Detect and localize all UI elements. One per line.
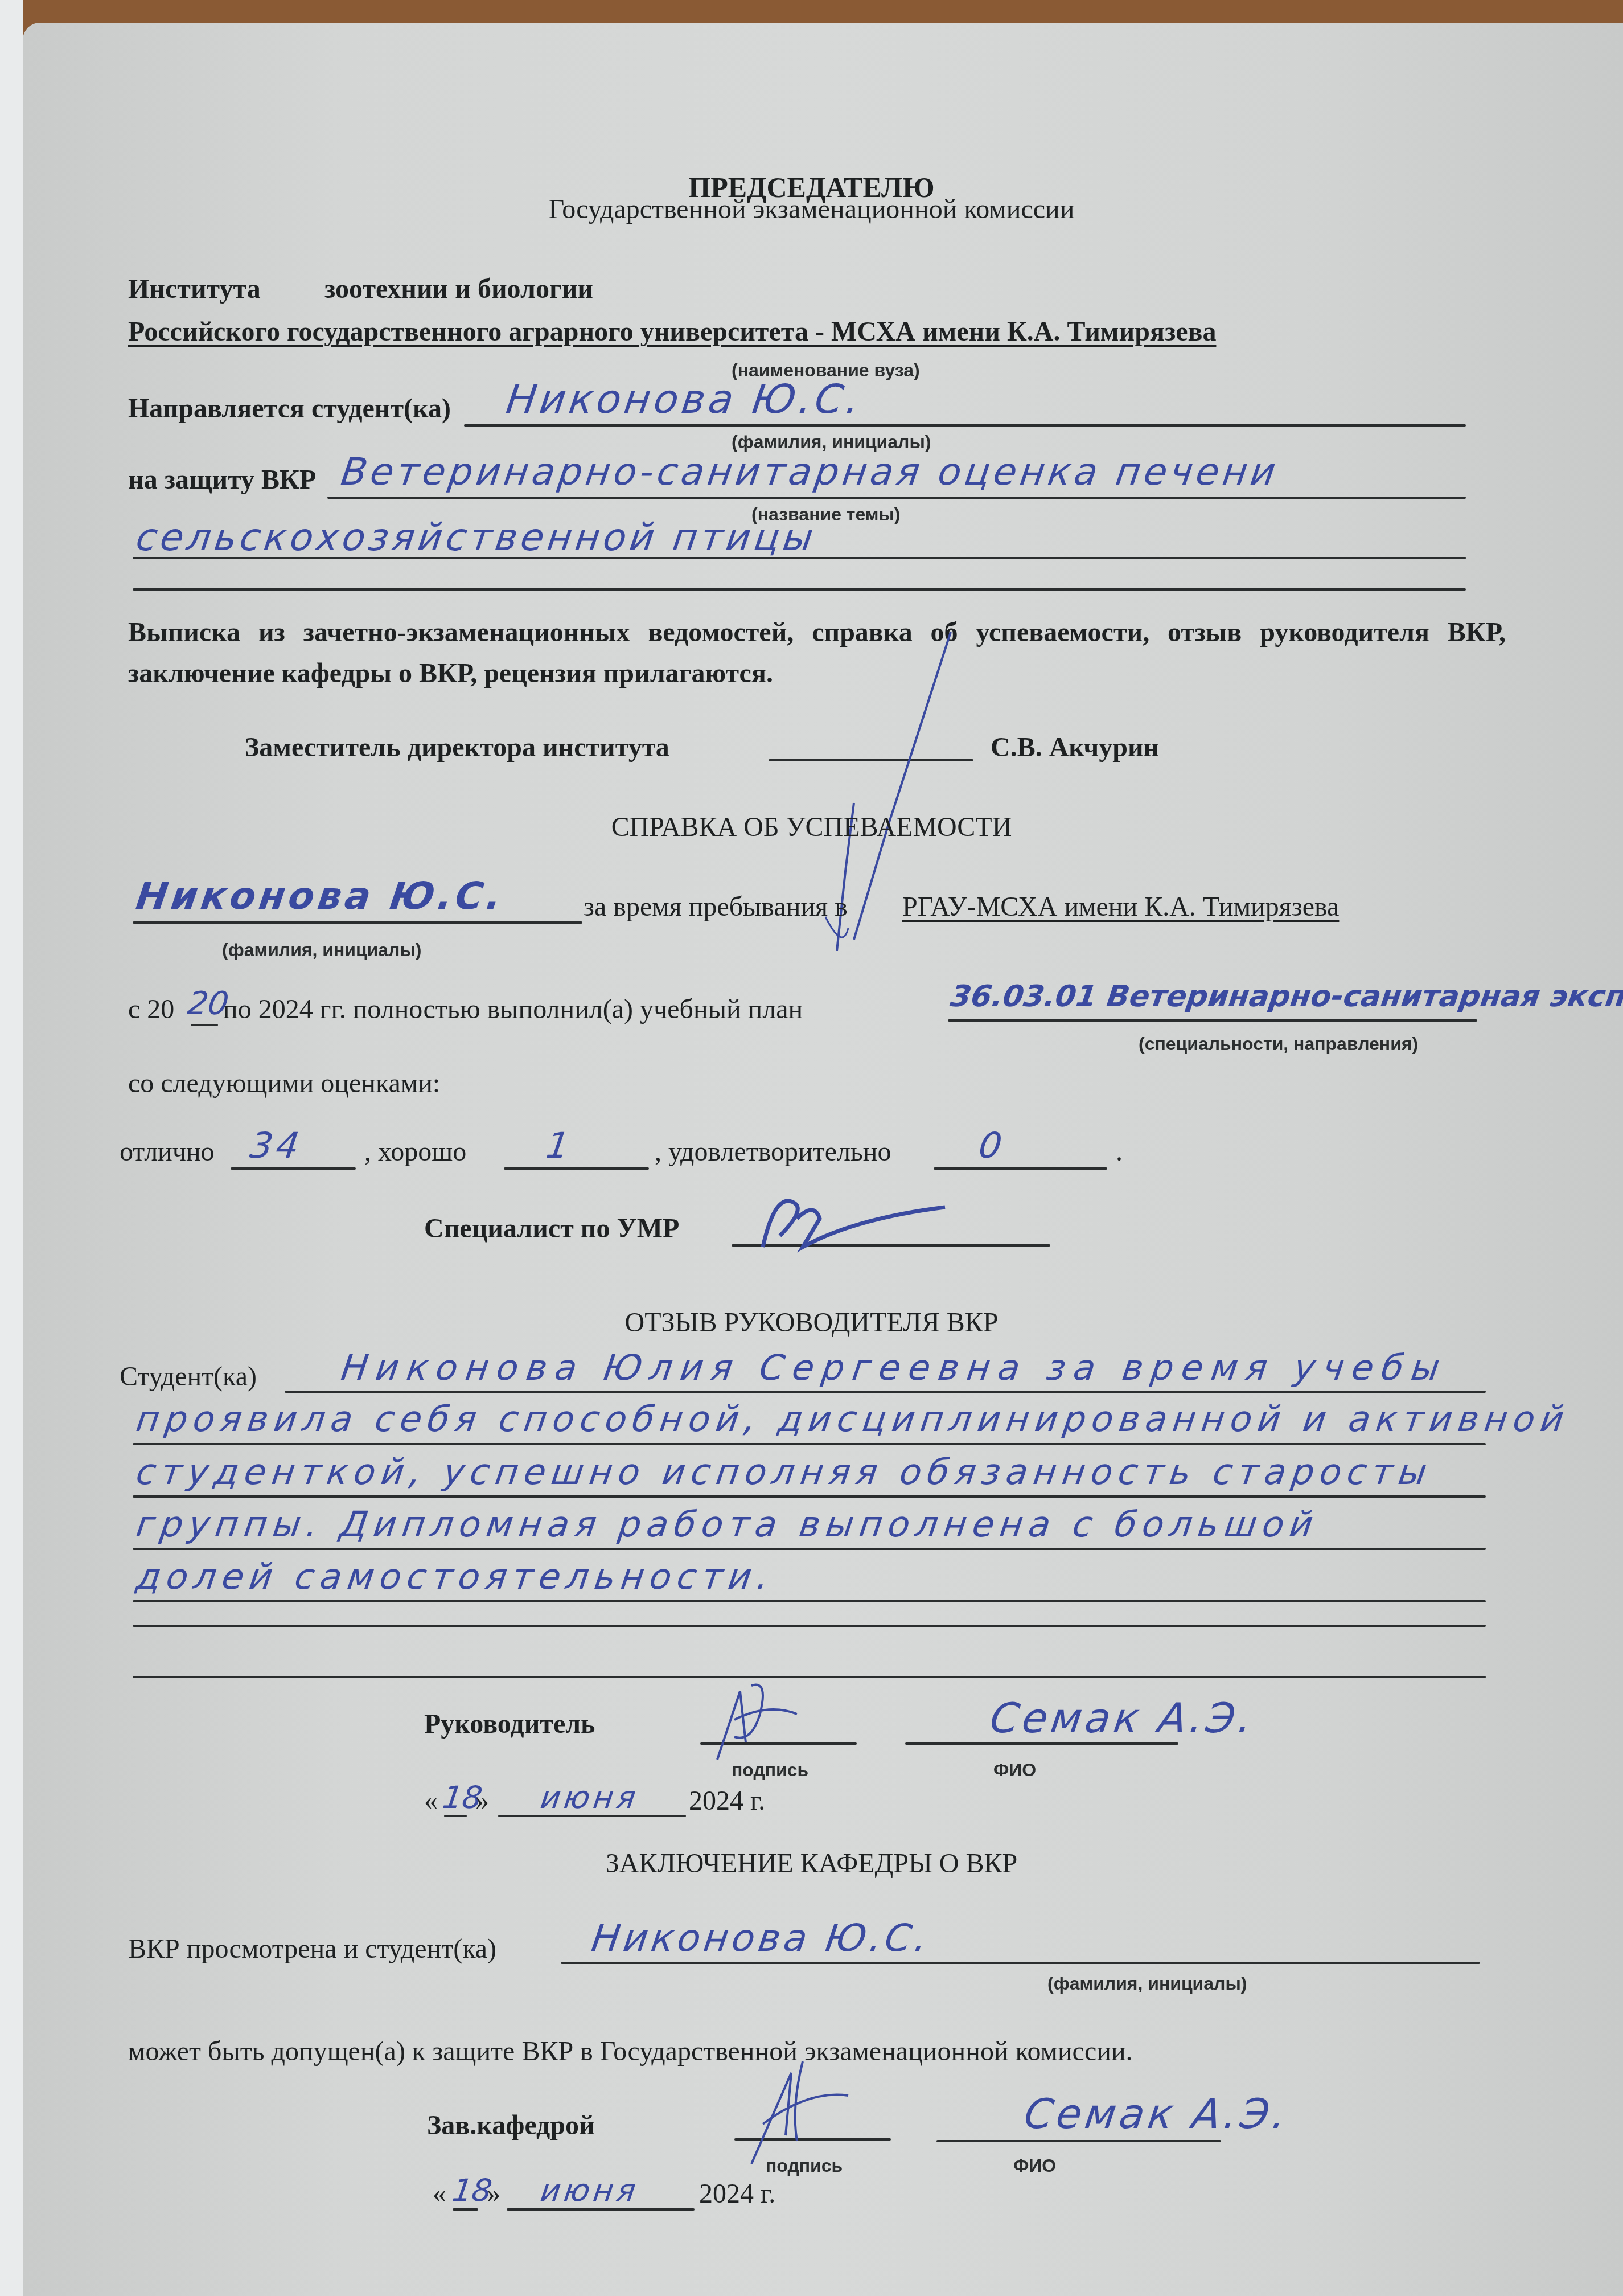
review-student-label: Студент(ка) [120,1361,257,1392]
specialist-signature [740,1184,979,1253]
conclusion-student-line [561,1962,1480,1964]
perf-student-field[interactable]: Никонова Ю.С. [134,874,508,918]
conclusion-student-caption: (фамилия, инициалы) [1047,1973,1247,1994]
review-line-4 [133,1548,1486,1550]
review-date-close: » [475,1785,489,1817]
doc-subtitle: Государственной экзаменационной комиссии [0,194,1623,225]
perf-student-line [133,921,582,924]
topic-field-2[interactable]: сельскохозяйственной птицы [134,515,820,559]
admit-text: может быть допущен(а) к защите ВКР в Гос… [128,2036,1133,2067]
head-signature-caption: подпись [766,2155,843,2176]
head-name-caption: ФИО [1013,2155,1056,2176]
review-line-2 [133,1443,1486,1445]
grades-end-dot: . [1116,1136,1123,1167]
perf-during-text: за время пребывания в [584,891,848,922]
reviewed-label: ВКР просмотрена и студент(ка) [128,1933,496,1965]
perf-period-text: по 2024 гг. полностью выполнил(а) учебны… [223,994,803,1025]
review-text-line-2[interactable]: проявила себя способной, дисциплинирован… [134,1398,1572,1440]
conclusion-date-year: 2024 г. [699,2178,775,2209]
excellent-line [231,1167,356,1170]
specialist-label: Специалист по УМР [424,1213,679,1244]
conclusion-date-month[interactable]: июня [539,2172,642,2208]
review-text-line-3[interactable]: студенткой, успешно исполняя обязанность… [134,1451,1435,1493]
review-line-3 [133,1495,1486,1498]
deputy-director-label: Заместитель директора института [245,732,669,763]
student-field-line [464,424,1466,427]
perf-program-caption: (специальности, направления) [1139,1034,1418,1055]
conclusion-day-line [453,2208,478,2211]
review-date-month[interactable]: июня [539,1780,642,1815]
conclusion-date-close: » [487,2178,500,2209]
review-heading: ОТЗЫВ РУКОВОДИТЕЛЯ ВКР [0,1307,1623,1338]
background-edge [0,0,23,2296]
conclusion-month-line [507,2208,695,2211]
supervisor-name-caption: ФИО [993,1760,1036,1781]
satisfactory-label: , удовлетворительно [655,1136,891,1167]
review-text-line-1[interactable]: Никонова Юлия Сергеевна за время учебы [339,1347,1451,1388]
head-name-line [936,2140,1221,2142]
good-line [504,1167,649,1170]
student-label: Направляется студент(ка) [128,393,451,424]
review-line-5 [133,1600,1486,1602]
perf-from-prefix: с 20 [128,994,174,1025]
excellent-count[interactable]: 34 [248,1125,305,1166]
supervisor-signature [706,1680,888,1765]
perf-student-caption: (фамилия, инициалы) [222,940,421,961]
perf-year-line [191,1024,218,1026]
review-date-open: « [424,1785,438,1817]
review-text-line-4[interactable]: группы. Дипломная работа выполнена с бол… [134,1503,1321,1545]
topic-label: на защиту ВКР [128,464,316,495]
supervisor-signature-caption: подпись [732,1760,808,1781]
excellent-label: отлично [120,1136,215,1167]
conclusion-heading: ЗАКЛЮЧЕНИЕ КАФЕДРЫ О ВКР [0,1848,1623,1879]
perf-university: РГАУ-МСХА имени К.А. Тимирязева [902,891,1339,922]
deputy-director-name: С.В. Акчурин [991,732,1159,763]
review-text-line-5[interactable]: долей самостоятельности. [134,1556,777,1597]
student-field[interactable]: Никонова Ю.С. [503,376,866,423]
performance-heading: СПРАВКА ОБ УСПЕВАЕМОСТИ [0,811,1623,843]
grades-intro: со следующими оценками: [128,1068,440,1099]
review-line-1 [285,1391,1486,1393]
conclusion-student-field[interactable]: Никонова Ю.С. [589,1916,934,1960]
perf-program-field[interactable]: 36.03.01 Ветеринарно-санитарная эксперти… [948,979,1623,1014]
head-label: Зав.кафедрой [427,2110,595,2141]
supervisor-name-field[interactable]: Семак А.Э. [987,1694,1258,1742]
good-label: , хорошо [364,1136,466,1167]
conclusion-date-open: « [433,2178,446,2209]
perf-program-line [948,1019,1477,1022]
university-name: Российского государственного аграрного у… [128,316,1216,347]
topic-field-1[interactable]: Ветеринарно-санитарная оценка печени [339,450,1282,494]
institute-label: Института [128,273,261,305]
review-line-6 [133,1625,1486,1627]
review-line-7 [133,1676,1486,1678]
topic-line-3 [133,588,1466,591]
head-name-field[interactable]: Семак А.Э. [1021,2090,1292,2138]
satisfactory-line [934,1167,1107,1170]
head-signature [740,2056,922,2170]
review-date-year: 2024 г. [689,1785,765,1817]
supervisor-name-line [905,1742,1178,1745]
topic-line-1 [327,497,1466,499]
supervisor-label: Руководитель [424,1708,595,1740]
institute-value: зоотехнии и биологии [324,273,593,305]
